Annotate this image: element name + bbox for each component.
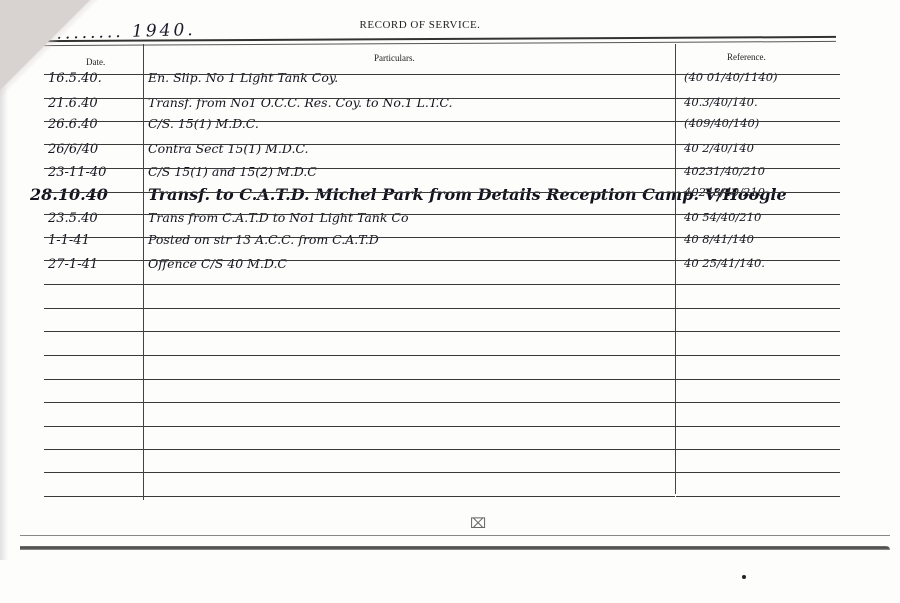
ruled-line <box>676 168 840 169</box>
entry-date: 26.6.40 <box>48 118 98 131</box>
entry-date: 1-1-41 <box>48 234 90 247</box>
ruled-line <box>44 402 143 403</box>
ruled-line <box>144 192 675 193</box>
entry-particulars: C/S. 15(1) M.D.C. <box>148 118 259 131</box>
ruled-line <box>44 168 143 169</box>
entry-particulars: Posted on str 13 A.C.C. from C.A.T.D <box>148 234 379 247</box>
record-of-service-table: Date. Particulars. Reference. 16.5.40.En… <box>44 44 840 502</box>
ruled-line <box>44 472 143 473</box>
ruled-line <box>44 144 143 145</box>
bottom-thick-rule <box>20 546 890 550</box>
ruled-line <box>44 121 143 122</box>
ruled-line <box>44 449 143 450</box>
ruled-line <box>676 355 840 356</box>
ruled-line <box>676 284 840 285</box>
ruled-line <box>144 121 675 122</box>
ruled-line <box>44 237 143 238</box>
ink-dot <box>742 575 746 579</box>
ruled-line <box>676 331 840 332</box>
ruled-line <box>676 237 840 238</box>
ruled-line <box>144 379 675 380</box>
ruled-line <box>44 426 143 427</box>
ruled-line <box>144 144 675 145</box>
ruled-line <box>144 98 675 99</box>
ruled-line <box>676 449 840 450</box>
ruled-line <box>676 214 840 215</box>
ruled-line <box>44 379 143 380</box>
ruled-line <box>676 260 840 261</box>
folded-corner <box>0 0 90 90</box>
ruled-line <box>144 355 675 356</box>
ruled-line <box>144 308 675 309</box>
ruled-line <box>144 168 675 169</box>
ruled-line <box>144 284 675 285</box>
ruled-line <box>676 144 840 145</box>
ruled-line <box>144 472 675 473</box>
ruled-line <box>144 331 675 332</box>
entry-reference: (409/40/140) <box>684 118 759 130</box>
ruled-line <box>676 426 840 427</box>
ruled-line <box>44 308 143 309</box>
ruled-line <box>676 379 840 380</box>
ruled-line <box>144 402 675 403</box>
ruled-line <box>44 192 143 193</box>
ruled-line <box>44 496 143 497</box>
ruled-line <box>144 214 675 215</box>
ruled-line <box>144 237 675 238</box>
ruled-line <box>676 496 840 497</box>
ruled-line <box>676 472 840 473</box>
bottom-rule <box>20 535 890 536</box>
ruled-line <box>144 260 675 261</box>
ruled-line <box>44 260 143 261</box>
header-reference: Reference. <box>727 52 766 62</box>
stamp-mark-icon: ⌧ <box>470 516 486 533</box>
ruled-line <box>144 426 675 427</box>
ruled-line <box>676 402 840 403</box>
ruled-line <box>676 121 840 122</box>
entry-reference: 40 8/41/140 <box>684 234 754 246</box>
header-particulars: Particulars. <box>374 53 415 63</box>
ruled-line <box>44 214 143 215</box>
ruled-line <box>44 284 143 285</box>
ruled-line <box>144 449 675 450</box>
ruled-line <box>144 496 675 497</box>
ruled-line <box>44 355 143 356</box>
entry-date: 28.10.40 <box>30 187 108 203</box>
page-edge-shadow <box>0 60 8 560</box>
ruled-line <box>144 74 675 75</box>
ruled-line <box>676 308 840 309</box>
ruled-line <box>676 192 840 193</box>
ruled-line <box>676 98 840 99</box>
date-column-divider <box>143 44 144 500</box>
ruled-line <box>44 331 143 332</box>
ruled-line <box>676 74 840 75</box>
